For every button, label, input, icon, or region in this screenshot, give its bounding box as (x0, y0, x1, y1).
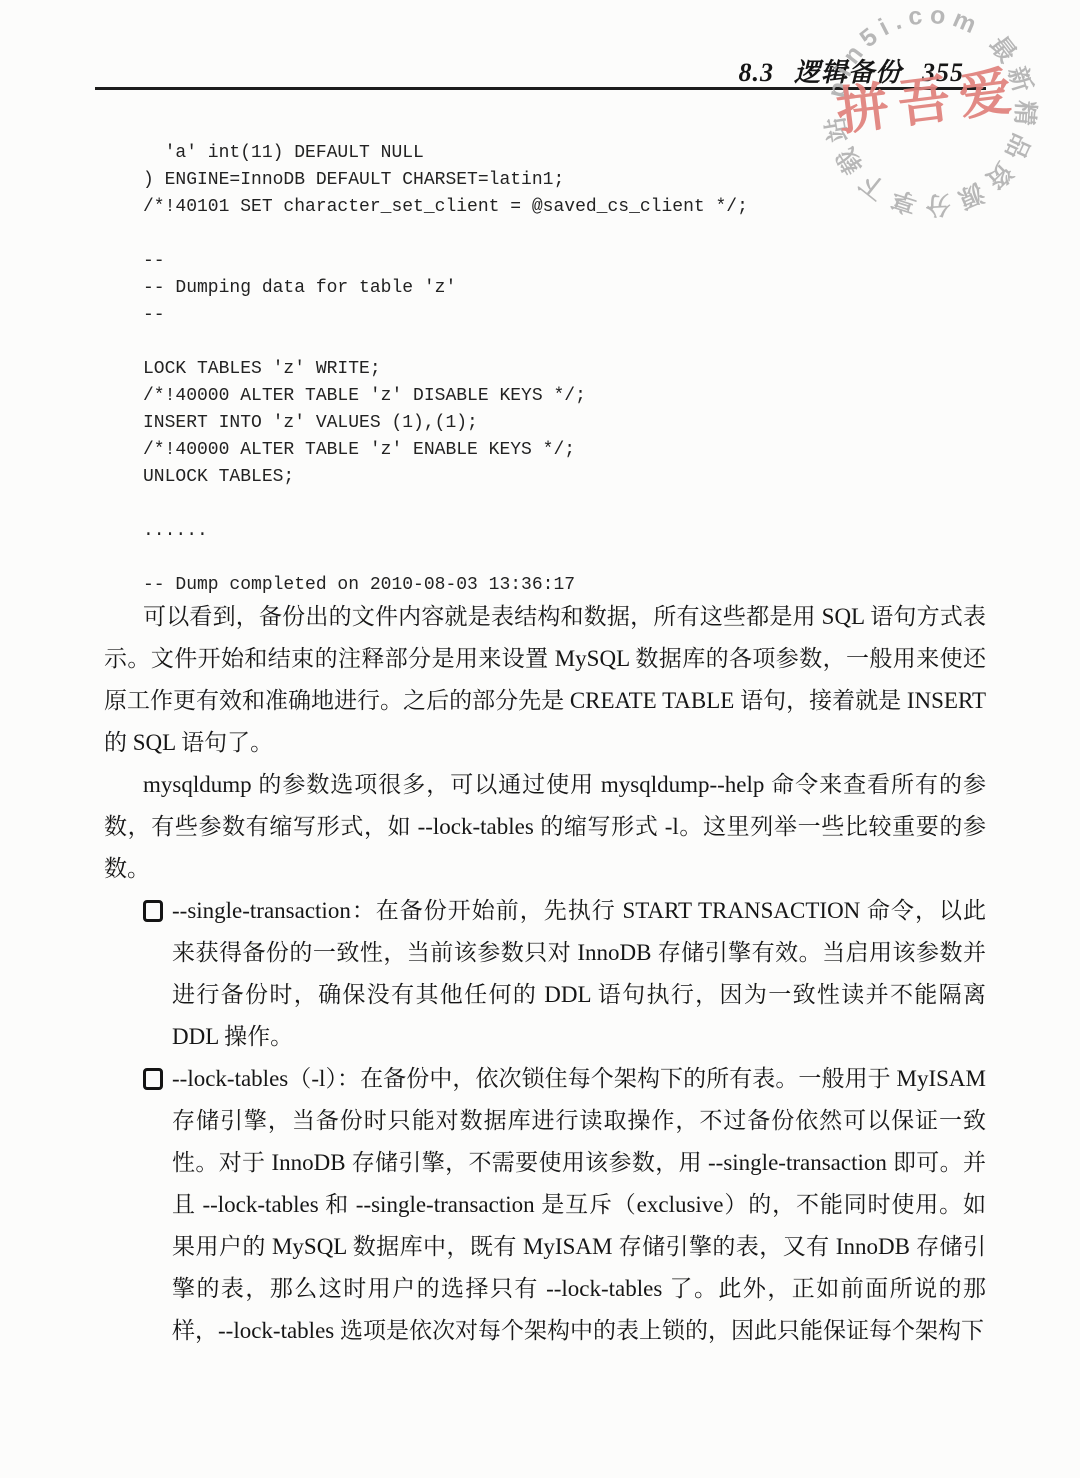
bullet-text: --single-transaction：在备份开始前，先执行 START TR… (172, 898, 986, 1049)
section-number: 8.3 (738, 58, 774, 88)
bullet-text: --lock-tables（-l）：在备份中，依次锁住每个架构下的所有表。一般用… (172, 1066, 986, 1343)
running-head: 8.3 逻辑备份 355 (738, 52, 964, 89)
bullet-square-icon (143, 900, 163, 922)
list-item-lock-tables: --lock-tables（-l）：在备份中，依次锁住每个架构下的所有表。一般用… (104, 1058, 986, 1352)
chapter-title: 逻辑备份 (794, 52, 902, 89)
body-text: 可以看到，备份出的文件内容就是表结构和数据，所有这些都是用 SQL 语句方式表示… (104, 596, 986, 1352)
watermark-stamp-icon: pin5i.com 最新精品资源分享下载站 拼吾爱 (800, 0, 1060, 240)
header-rule (95, 87, 986, 90)
bullet-square-icon (143, 1068, 163, 1090)
list-item-single-transaction: --single-transaction：在备份开始前，先执行 START TR… (104, 890, 986, 1058)
book-page: 8.3 逻辑备份 355 pin5i.com 最新精品资源分享下载站 拼吾爱 '… (0, 0, 1080, 1478)
watermark-ring-text: pin5i.com 最新精品资源分享下载站 (820, 1, 1039, 221)
page-number: 355 (922, 58, 964, 88)
paragraph-mysqldump-options: mysqldump 的参数选项很多，可以通过使用 mysqldump--help… (104, 764, 986, 890)
option-list: --single-transaction：在备份开始前，先执行 START TR… (104, 890, 986, 1352)
paragraph-backup-content: 可以看到，备份出的文件内容就是表结构和数据，所有这些都是用 SQL 语句方式表示… (104, 596, 986, 764)
sql-dump-code: 'a' int(11) DEFAULT NULL ) ENGINE=InnoDB… (143, 140, 748, 599)
